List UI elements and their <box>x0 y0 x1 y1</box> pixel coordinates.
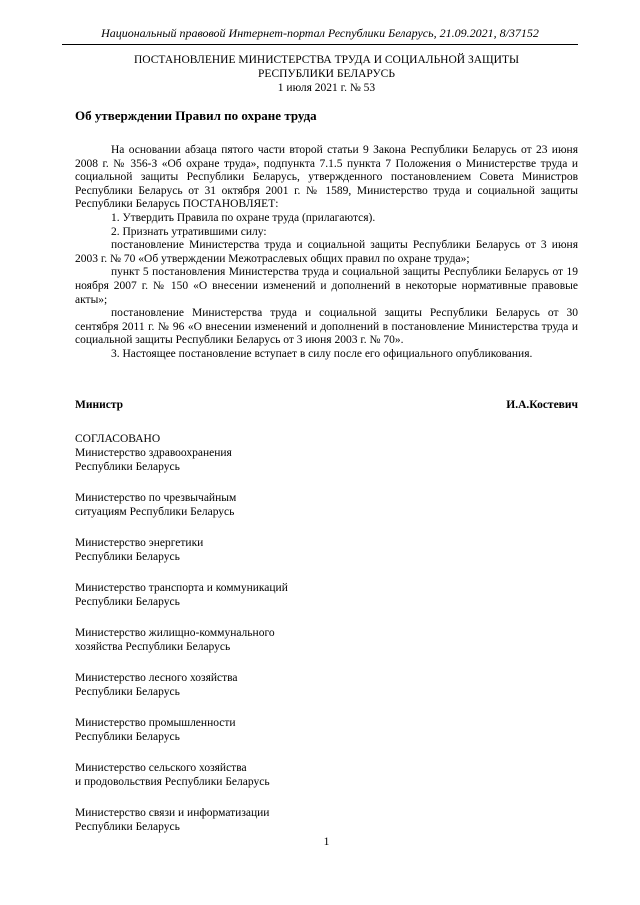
signer-name: И.А.Костевич <box>506 398 578 412</box>
agreed-section: СОГЛАСОВАНО Министерство здравоохранения… <box>75 432 578 834</box>
agreed-line: Республики Беларусь <box>75 460 578 474</box>
agreed-ministry-emergency: Министерство по чрезвычайным ситуациям Р… <box>75 491 578 519</box>
agreed-line: и продовольствия Республики Беларусь <box>75 775 578 789</box>
agreed-line: Министерство лесного хозяйства <box>75 671 578 685</box>
paragraph-repealed-2: пункт 5 постановления Министерства труда… <box>75 266 578 307</box>
portal-header-text: Национальный правовой Интернет-портал Ре… <box>101 26 539 40</box>
agreed-line: Республики Беларусь <box>75 595 578 609</box>
agreed-label: СОГЛАСОВАНО <box>75 432 578 446</box>
agreed-ministry-transport: Министерство транспорта и коммуникаций Р… <box>75 581 578 609</box>
agreed-line: Республики Беларусь <box>75 685 578 699</box>
agreed-ministry-forestry: Министерство лесного хозяйства Республик… <box>75 671 578 699</box>
agreed-line: Министерство транспорта и коммуникаций <box>75 581 578 595</box>
agreed-line: Министерство жилищно-коммунального <box>75 626 578 640</box>
agreed-line: Министерство сельского хозяйства <box>75 761 578 775</box>
document-page: Национальный правовой Интернет-портал Ре… <box>0 0 640 905</box>
agreed-ministry-communications: Министерство связи и информатизации Респ… <box>75 806 578 834</box>
paragraph-preamble: На основании абзаца пятого части второй … <box>75 144 578 212</box>
paragraph-item-1: 1. Утвердить Правила по охране труда (пр… <box>75 212 578 226</box>
paragraph-item-3: 3. Настоящее постановление вступает в си… <box>75 348 578 362</box>
agreed-ministry-agriculture: Министерство сельского хозяйства и продо… <box>75 761 578 789</box>
agreed-line: ситуациям Республики Беларусь <box>75 505 578 519</box>
agreed-line: Республики Беларусь <box>75 820 578 834</box>
paragraph-item-2: 2. Признать утратившими силу: <box>75 226 578 240</box>
subject-heading: Об утверждении Правил по охране труда <box>75 108 578 123</box>
decree-title-line1: ПОСТАНОВЛЕНИЕ МИНИСТЕРСТВА ТРУДА И СОЦИА… <box>75 53 578 67</box>
agreed-line: Министерство здравоохранения <box>75 446 578 460</box>
agreed-ministry-health: Министерство здравоохранения Республики … <box>75 446 578 474</box>
decree-title-line2: РЕСПУБЛИКИ БЕЛАРУСЬ <box>75 67 578 81</box>
decree-title-block: ПОСТАНОВЛЕНИЕ МИНИСТЕРСТВА ТРУДА И СОЦИА… <box>75 53 578 95</box>
agreed-line: Министерство энергетики <box>75 536 578 550</box>
agreed-line: Министерство связи и информатизации <box>75 806 578 820</box>
agreed-line: Министерство промышленности <box>75 716 578 730</box>
signature-row: Министр И.А.Костевич <box>75 398 578 412</box>
agreed-line: Министерство по чрезвычайным <box>75 491 578 505</box>
paragraph-repealed-3: постановление Министерства труда и социа… <box>75 307 578 348</box>
agreed-ministry-industry: Министерство промышленности Республики Б… <box>75 716 578 744</box>
decree-body: На основании абзаца пятого части второй … <box>75 144 578 362</box>
agreed-line: Республики Беларусь <box>75 550 578 564</box>
agreed-ministry-housing: Министерство жилищно-коммунального хозяй… <box>75 626 578 654</box>
decree-date-number: 1 июля 2021 г. № 53 <box>75 81 578 95</box>
signer-position: Министр <box>75 398 123 412</box>
portal-header: Национальный правовой Интернет-портал Ре… <box>62 26 578 45</box>
agreed-line: хозяйства Республики Беларусь <box>75 640 578 654</box>
page-number: 1 <box>75 835 578 849</box>
agreed-line: Республики Беларусь <box>75 730 578 744</box>
paragraph-repealed-1: постановление Министерства труда и социа… <box>75 239 578 266</box>
agreed-ministry-energy: Министерство энергетики Республики Белар… <box>75 536 578 564</box>
